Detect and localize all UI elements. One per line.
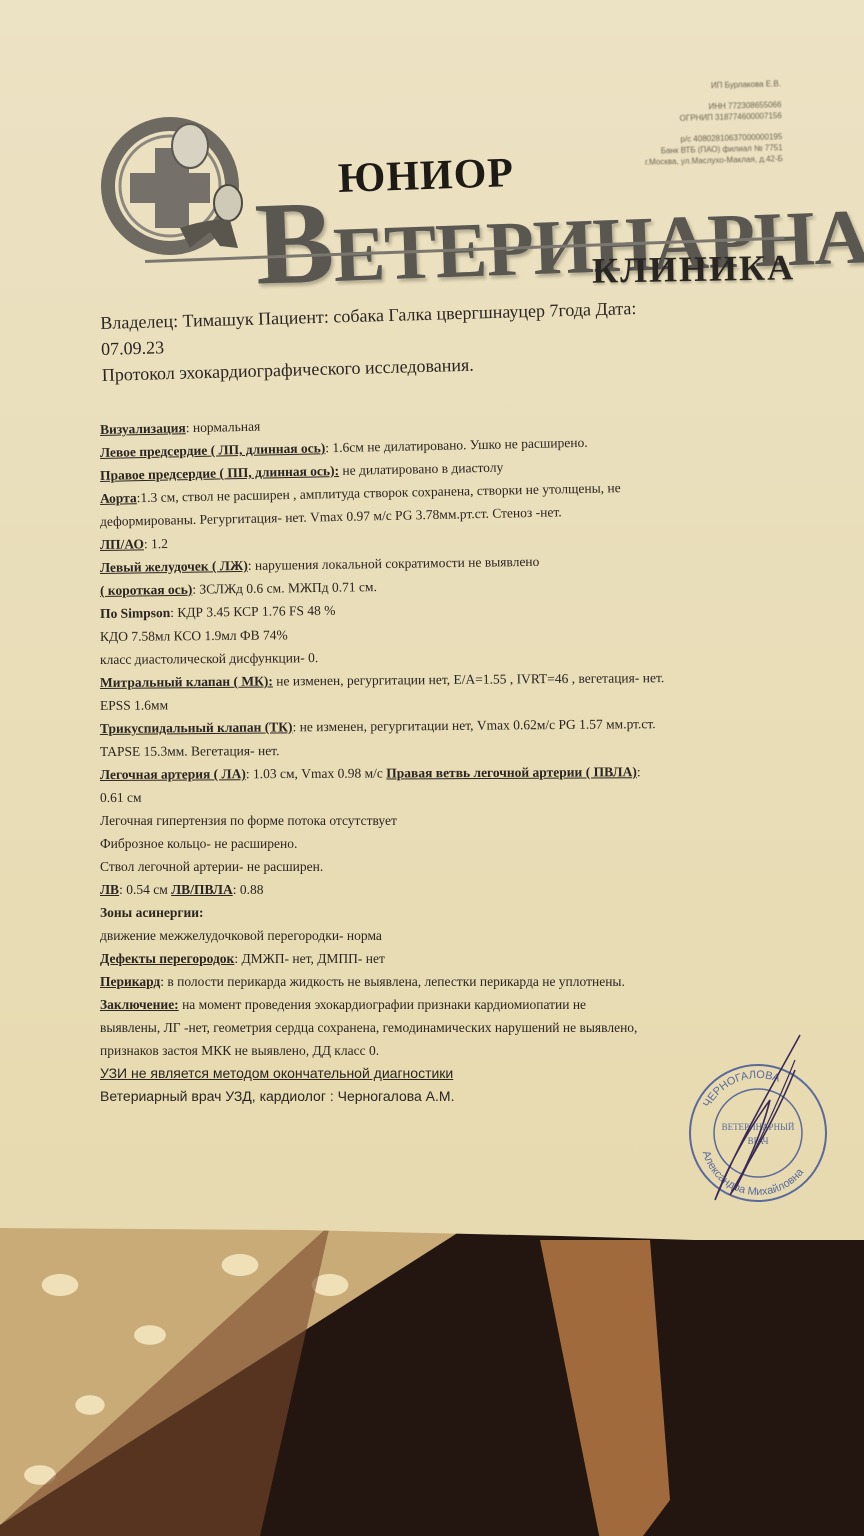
- value: : 0.88: [233, 882, 264, 897]
- row-trunk: Ствол легочной артерии- не расширен.: [100, 855, 840, 878]
- value: : не изменен, регургитации нет, Vmax 0.6…: [292, 716, 655, 734]
- label: По Simpson: [100, 605, 170, 621]
- patient-info: собака Галка цвергшнауцер 7года: [333, 299, 591, 326]
- value: не дилатировано в диастолу: [339, 460, 503, 478]
- brand-initial: В: [253, 176, 335, 310]
- value: :: [637, 764, 641, 779]
- label: ( короткая ось): [100, 582, 193, 598]
- label: Дефекты перегородок: [100, 951, 234, 966]
- row-ring: Фиброзное кольцо- не расширено.: [100, 832, 840, 855]
- row-asynergy: Зоны асинергии:: [100, 901, 840, 924]
- label: Перикард: [100, 974, 160, 989]
- report-body: Владелец: Тимашук Пациент: собака Галка …: [100, 300, 840, 388]
- value: : нарушения локальной сократимости не вы…: [248, 554, 540, 573]
- value: на момент проведения эхокардиографии при…: [179, 997, 586, 1012]
- row-septum-motion: движение межжелудочковой перегородки- но…: [100, 924, 840, 947]
- value: : нормальная: [186, 419, 261, 436]
- document-page: ИП Бурлакова Е.В. ИНН 772308655066 ОГРНИ…: [0, 0, 864, 1240]
- label: Правое предсердие ( ПП, длинная ось):: [100, 463, 339, 483]
- label: Легочная артерия ( ЛА): [100, 766, 246, 782]
- report-header: Владелец: Тимашук Пациент: собака Галка …: [100, 289, 842, 388]
- patient-label: Пациент:: [258, 307, 329, 329]
- label: ЛВ/ПВЛА: [171, 882, 233, 897]
- value: не изменен, регургитации нет, E/A=1.55 ,…: [273, 670, 664, 688]
- vet-cross-with-dogs-logo-icon: [100, 108, 250, 258]
- value: : ЗСЛЖд 0.6 см. МЖПд 0.71 см.: [192, 579, 377, 597]
- label: Заключение:: [100, 997, 179, 1012]
- value: : 0.54 см: [119, 882, 171, 897]
- label: Визуализация: [100, 420, 186, 437]
- row-rpa-value: 0.61 см: [100, 782, 840, 809]
- row-defects: Дефекты перегородок: ДМЖП- нет, ДМПП- не…: [100, 947, 840, 970]
- value: : 1.03 см, Vmax 0.98 м/с: [246, 766, 387, 782]
- label: Митральный клапан ( МК):: [100, 673, 273, 690]
- label: Левый желудочек ( ЛЖ): [100, 558, 248, 575]
- row-conclusion: Заключение: на момент проведения эхокард…: [100, 993, 840, 1016]
- row-lv: ЛВ: 0.54 см ЛВ/ПВЛА: 0.88: [100, 878, 840, 901]
- signature-icon: [700, 1030, 820, 1210]
- row-ph: Легочная гипертензия по форме потока отс…: [100, 809, 840, 832]
- value: : ДМЖП- нет, ДМПП- нет: [234, 951, 385, 966]
- value: : в полости перикарда жидкость не выявле…: [160, 974, 625, 989]
- date-label: Дата:: [595, 298, 636, 319]
- findings: Визуализация: нормальная Левое предсерди…: [100, 418, 840, 1108]
- label: ЛП/АО: [100, 536, 144, 552]
- clinic-requisites: ИП Бурлакова Е.В. ИНН 772308655066 ОГРНИ…: [643, 78, 783, 168]
- label: ЛВ: [100, 882, 119, 897]
- value: : 1.6см не дилатировано. Ушко не расшире…: [325, 435, 588, 455]
- owner-name: Тимашук: [182, 309, 254, 331]
- label: Правая ветвь легочной артерии ( ПВЛА): [386, 764, 637, 780]
- value: : КДР 3.45 КСР 1.76 FS 48 %: [170, 603, 335, 620]
- brand-clinic: КЛИНИКА: [592, 246, 796, 292]
- value: : 1.2: [144, 536, 168, 551]
- brand-veterinary: ВЕТЕРИНАРНАЯ: [253, 153, 864, 312]
- owner-label: Владелец:: [100, 311, 178, 333]
- label: Трикуспидальный клапан (ТК): [100, 719, 293, 736]
- row-pericardium: Перикард: в полости перикарда жидкость н…: [100, 970, 840, 993]
- label: Аорта: [100, 490, 137, 506]
- label: Левое предсердие ( ЛП, длинная ось): [100, 440, 326, 460]
